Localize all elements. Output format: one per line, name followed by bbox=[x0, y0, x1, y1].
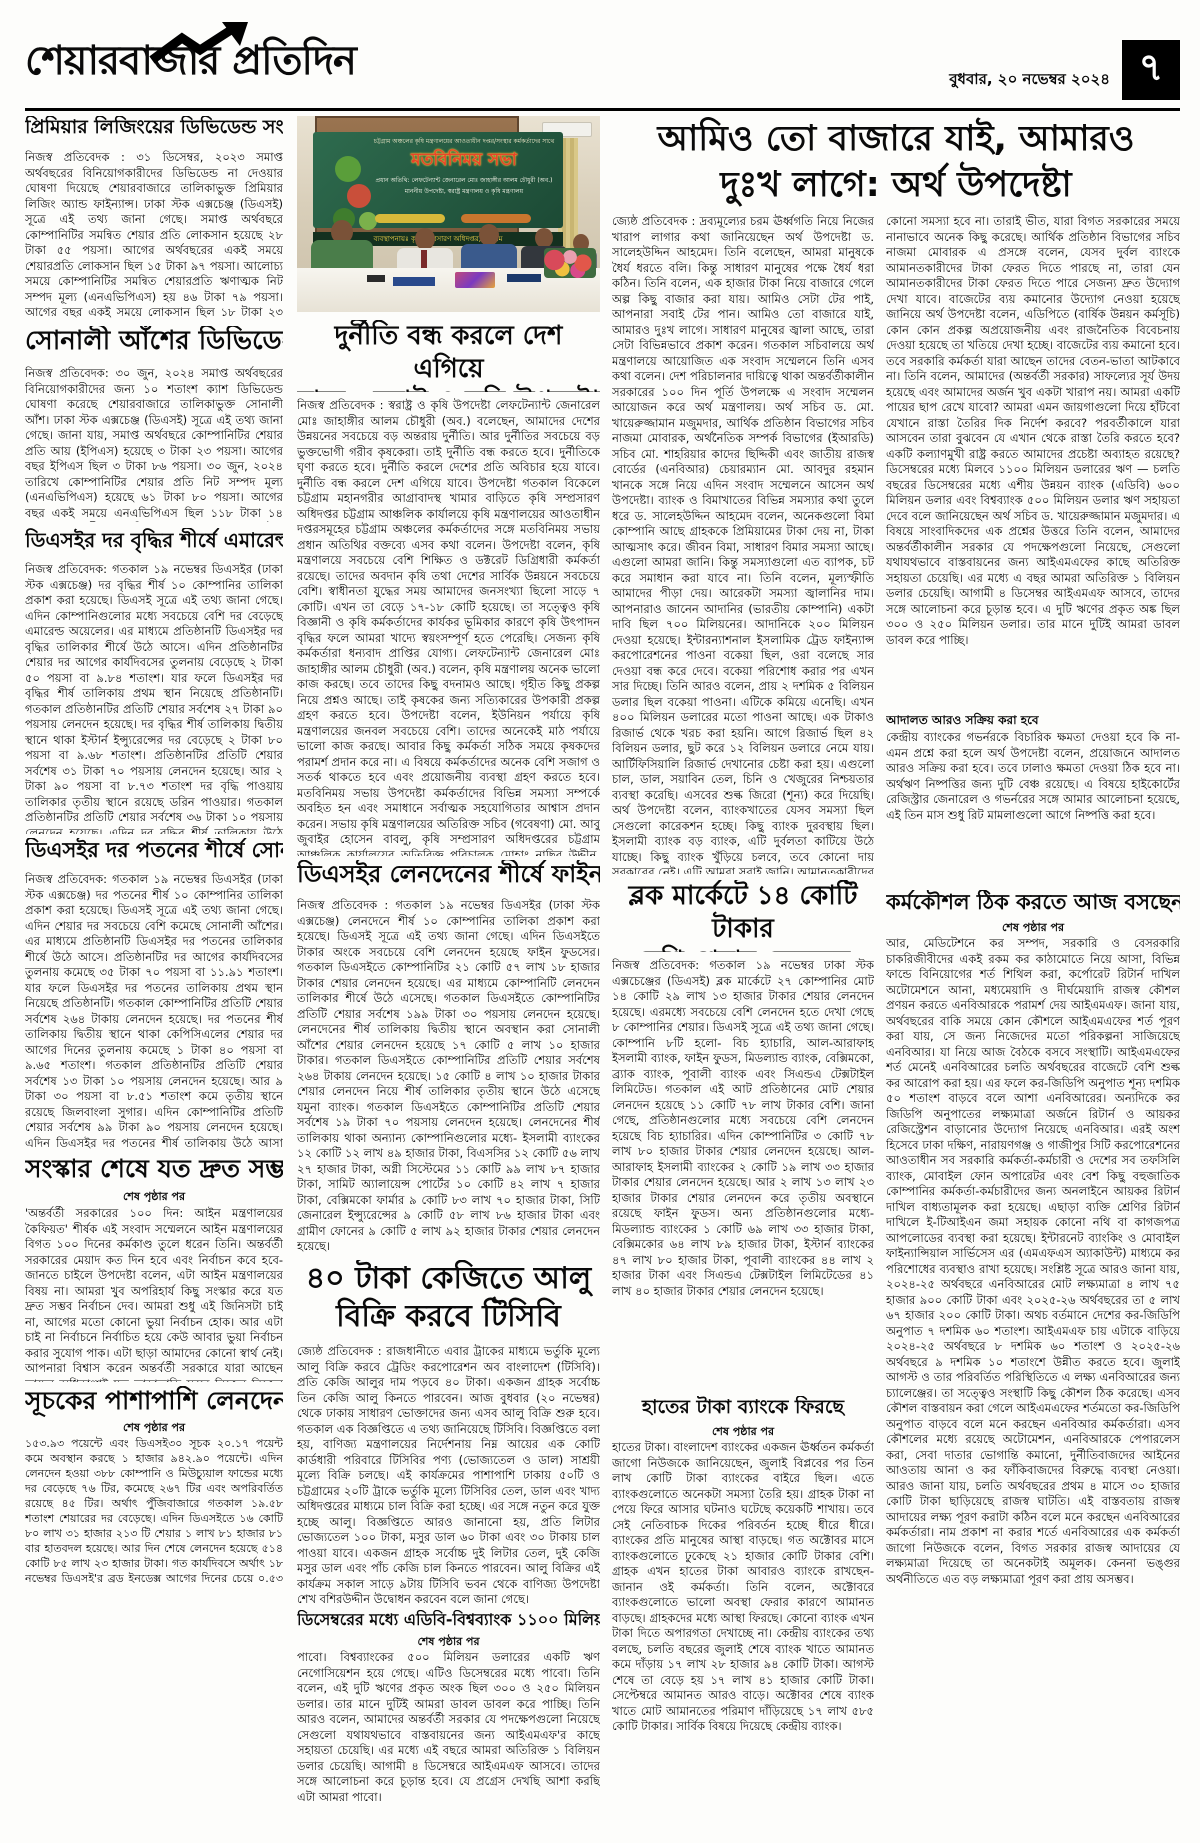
trend-arrow-icon bbox=[148, 22, 248, 64]
continued-label-adb: শেষ পৃষ্ঠার পর bbox=[297, 1633, 600, 1646]
headline-tcb-line1: ৪০ টাকা কেজিতে আলু bbox=[297, 1260, 600, 1298]
body-block-market: নিজস্ব প্রতিবেদক: গতকাল ১৯ নভেম্বর ঢাকা … bbox=[612, 958, 874, 1390]
headline-block-line1: ব্লক মার্কেটে ১৪ কোটি টাকার bbox=[612, 880, 874, 945]
headline-premier-leasing: প্রিমিয়ার লিজিংয়ের ডিভিডেন্ড সংক্রান্ত… bbox=[25, 116, 283, 144]
table-documents bbox=[507, 274, 541, 282]
headline-block-market: ব্লক মার্কেটে ১৪ কোটি টাকার বেশি শেয়ার … bbox=[612, 880, 874, 952]
main-subhead-court: আদালত আরও সক্রিয় করা হবে bbox=[886, 712, 1180, 728]
page-number: ৭ bbox=[1122, 40, 1180, 100]
phone-on-table bbox=[367, 275, 385, 282]
main-body-right-cont: কেন্দ্রীয় ব্যাংকের গভর্নরকে বিচারিক ক্ষ… bbox=[886, 730, 1180, 885]
banner-line2: মাননীয় উপদেষ্টা, স্বরাষ্ট্র মন্ত্রণালয়… bbox=[371, 186, 557, 197]
body-tcb-potato: জ্যেষ্ঠ প্রতিবেদক : রাজধানীতে এবার ট্রাক… bbox=[297, 1344, 600, 1604]
tissue-box bbox=[455, 272, 495, 288]
headline-block-line2: বেশি শেয়ার লেনদেন bbox=[612, 945, 874, 952]
body-fine-foods-turnover: নিজস্ব প্রতিবেদক : গতকাল ১৯ নভেম্বর ডিএস… bbox=[297, 898, 600, 1254]
person-head bbox=[479, 224, 499, 246]
banner-top-line: চট্টগ্রাম অঞ্চলের কৃষি মন্ত্রণালয়ের আওত… bbox=[371, 136, 557, 147]
headline-strategy-meeting: কর্মকৌশল ঠিক করতে আজ বসছেন bbox=[886, 890, 1180, 918]
banner-line1: প্রধান অতিথি: লেফটেন্যান্ট জেনারেল মোঃ জ… bbox=[371, 175, 557, 186]
headline-durniti-line2: যাবে : স্বরাষ্ট্র ও কৃষি উপদেষ্টা bbox=[297, 385, 600, 392]
flower-bouquet bbox=[544, 248, 596, 278]
headline-index-turnover: সূচকের পাশাপাশি লেনদেন bbox=[25, 1386, 283, 1418]
headline-durniti-line1: দুর্নীতি বন্ধ করলে দেশ এগিয়ে bbox=[297, 320, 600, 385]
edition-date: বুধবার, ২০ নভেম্বর ২০২৪ bbox=[840, 68, 1110, 93]
vegetable-icon bbox=[359, 212, 377, 230]
headline-emerald-oil-gainers: ডিএসইর দর বৃদ্ধির শীর্ষে এমারেল্ড অয়েল bbox=[25, 528, 283, 556]
vegetable-icon bbox=[347, 184, 371, 208]
continued-label-strategy: শেষ পৃষ্ঠার পর bbox=[886, 919, 1180, 932]
person-head bbox=[415, 228, 435, 250]
body-adb-worldbank: পাবো। বিশ্বব্যাংকের ৫০০ মিলিয়ন ডলারের এ… bbox=[297, 1650, 600, 1802]
meeting-photo: চট্টগ্রাম অঞ্চলের কৃষি মন্ত্রণালয়ের আওত… bbox=[297, 116, 600, 312]
body-strategy-meeting: আর, মেডিটেশনে কর সম্পদ, সরকারি ও বেসরকার… bbox=[886, 936, 1180, 1820]
body-sonali-aansh-dividend: নিজস্ব প্রতিবেদক: ৩০ জুন, ২০২৪ সমাপ্ত অর… bbox=[25, 366, 283, 522]
body-durniti: নিজস্ব প্রতিবেদক : স্বরাষ্ট্র ও কৃষি উপদ… bbox=[297, 398, 600, 856]
headline-adb-worldbank: ডিসেম্বরের মধ্যে এডিবি-বিশ্বব্যাংক ১১০০ … bbox=[297, 1610, 600, 1632]
continued-label-cash: শেষ পৃষ্ঠার পর bbox=[612, 1423, 874, 1436]
person-head bbox=[535, 228, 553, 248]
body-cash-returning: হাতের টাকা। বাংলাদেশ ব্যাংকের একজন ঊর্ধ্… bbox=[612, 1440, 874, 1806]
table-documents bbox=[393, 277, 435, 286]
continued-label-songskar: শেষ পৃষ্ঠার পর bbox=[25, 1188, 283, 1202]
main-body-right: কোনো সমস্যা হবে না। তারাই ভীত, যারা বিগত… bbox=[886, 214, 1180, 710]
main-body-left: জ্যেষ্ঠ প্রতিবেদক : দ্রব্যমূল্যের চরম ঊর… bbox=[612, 214, 874, 874]
vegetable-icon bbox=[335, 156, 361, 182]
main-headline: আমিও তো বাজারে যাই, আমারও দুঃখ লাগে: অর্… bbox=[612, 116, 1180, 208]
headline-tcb-potato: ৪০ টাকা কেজিতে আলু বিক্রি করবে টিসিবি bbox=[297, 1260, 600, 1338]
banner-title: মতবিনিময় সভা bbox=[371, 147, 557, 175]
headline-cash-returning: হাতের টাকা ব্যাংকে ফিরছে bbox=[612, 1396, 874, 1422]
newspaper-page: শেয়ারবাজার প্রতিদিন বুধবার, ২০ নভেম্বর … bbox=[0, 0, 1200, 1843]
banner-pill bbox=[375, 214, 445, 223]
continued-label-index: শেষ পৃষ্ঠার পর bbox=[25, 1419, 283, 1433]
body-songskar-election: 'অন্তর্বর্তী সরকারের ১০০ দিন: আইন মন্ত্র… bbox=[25, 1206, 283, 1382]
headline-durniti: দুর্নীতি বন্ধ করলে দেশ এগিয়ে যাবে : স্ব… bbox=[297, 320, 600, 392]
headline-sonali-aansh-dividend: সোনালী আঁশের ডিভিডেন্ড ঘোষণা bbox=[25, 326, 283, 360]
headline-tcb-line2: বিক্রি করবে টিসিবি bbox=[297, 1298, 600, 1336]
body-index-turnover: ১৫৩.৯৩ পয়েন্টে এবং ডিএসই৩০ সূচক ২০.১৭ প… bbox=[25, 1436, 283, 1586]
body-sonali-aansh-losers: নিজস্ব প্রতিবেদক: গতকাল ১৯ নভেম্বর ডিএসই… bbox=[25, 872, 283, 1150]
headline-songskar-election: সংস্কার শেষে যত দ্রুত সম্ভব bbox=[25, 1154, 283, 1186]
headline-fine-foods-turnover: ডিএসইর লেনদেনের শীর্ষে ফাইন ফুডস bbox=[297, 860, 600, 892]
header-rule bbox=[25, 108, 1180, 111]
photo-banner: চট্টগ্রাম অঞ্চলের কৃষি মন্ত্রণালয়ের আওত… bbox=[313, 132, 563, 228]
main-headline-line2: দুঃখ লাগে: অর্থ উপদেষ্টা bbox=[612, 162, 1180, 208]
headline-sonali-aansh-losers: ডিএসইর দর পতনের শীর্ষে সোনালী আঁশ bbox=[25, 838, 283, 866]
banner-pill bbox=[461, 214, 531, 223]
body-emerald-oil-gainers: নিজস্ব প্রতিবেদক: গতকাল ১৯ নভেম্বর ডিএসই… bbox=[25, 562, 283, 834]
main-headline-line1: আমিও তো বাজারে যাই, আমারও bbox=[612, 116, 1180, 162]
body-premier-leasing: নিজস্ব প্রতিবেদক : ৩১ ডিসেম্বর, ২০২৩ সমা… bbox=[25, 150, 283, 320]
